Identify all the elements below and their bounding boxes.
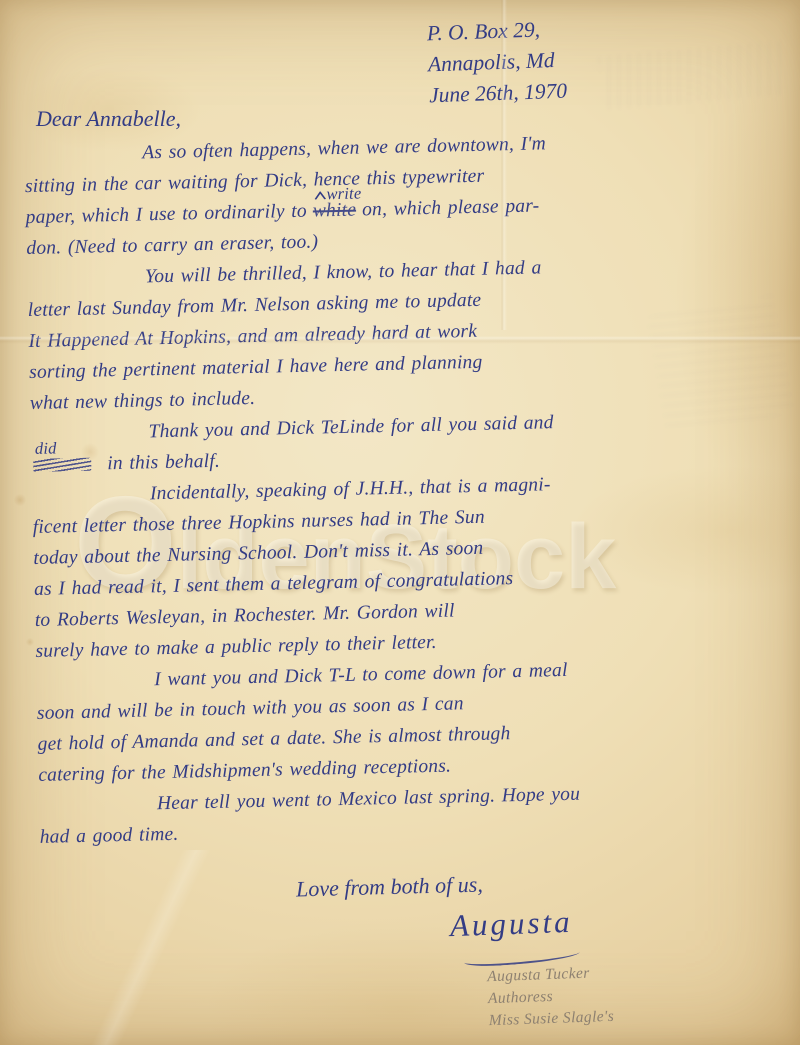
scribbled-out-word <box>33 458 91 472</box>
paragraph: You will be thrilled, I know, to hear th… <box>27 247 782 419</box>
paragraph: I want you and Dick T-L to come down for… <box>36 650 791 791</box>
struck-word: white <box>313 200 357 222</box>
address-date-block: P. O. Box 29, Annapolis, Md June 26th, 1… <box>426 14 567 112</box>
letter-body: As so often happens, when we are downtow… <box>24 123 792 853</box>
address-line: Annapolis, Md <box>428 45 567 81</box>
letter-page: OldenStock P. O. Box 29, Annapolis, Md J… <box>0 0 800 1045</box>
date-line: June 26th, 1970 <box>429 76 568 112</box>
line-rest-text: in this behalf. <box>107 451 220 475</box>
signature: Augusta <box>449 904 573 944</box>
insertion-stack: did <box>33 448 102 481</box>
paragraph: Incidentally, speaking of J.H.H., that i… <box>32 464 788 667</box>
pencil-note-book: Miss Susie Slagle's <box>488 1006 614 1032</box>
ink-bleed-ghost <box>598 40 787 111</box>
salutation: Dear Annabelle, <box>36 106 181 132</box>
paragraph: As so often happens, when we are downtow… <box>24 123 779 264</box>
address-line: P. O. Box 29, <box>426 14 565 50</box>
line-post-text: on, which please par- <box>362 195 540 220</box>
line-pre-text: paper, which I use to ordinarily to <box>25 201 307 228</box>
insertion-stack: write white <box>312 195 356 227</box>
closing-line: Love from both of us, <box>296 872 483 903</box>
pencil-annotation: Augusta Tucker Authoress Miss Susie Slag… <box>487 962 615 1032</box>
caret-mark <box>314 191 326 199</box>
